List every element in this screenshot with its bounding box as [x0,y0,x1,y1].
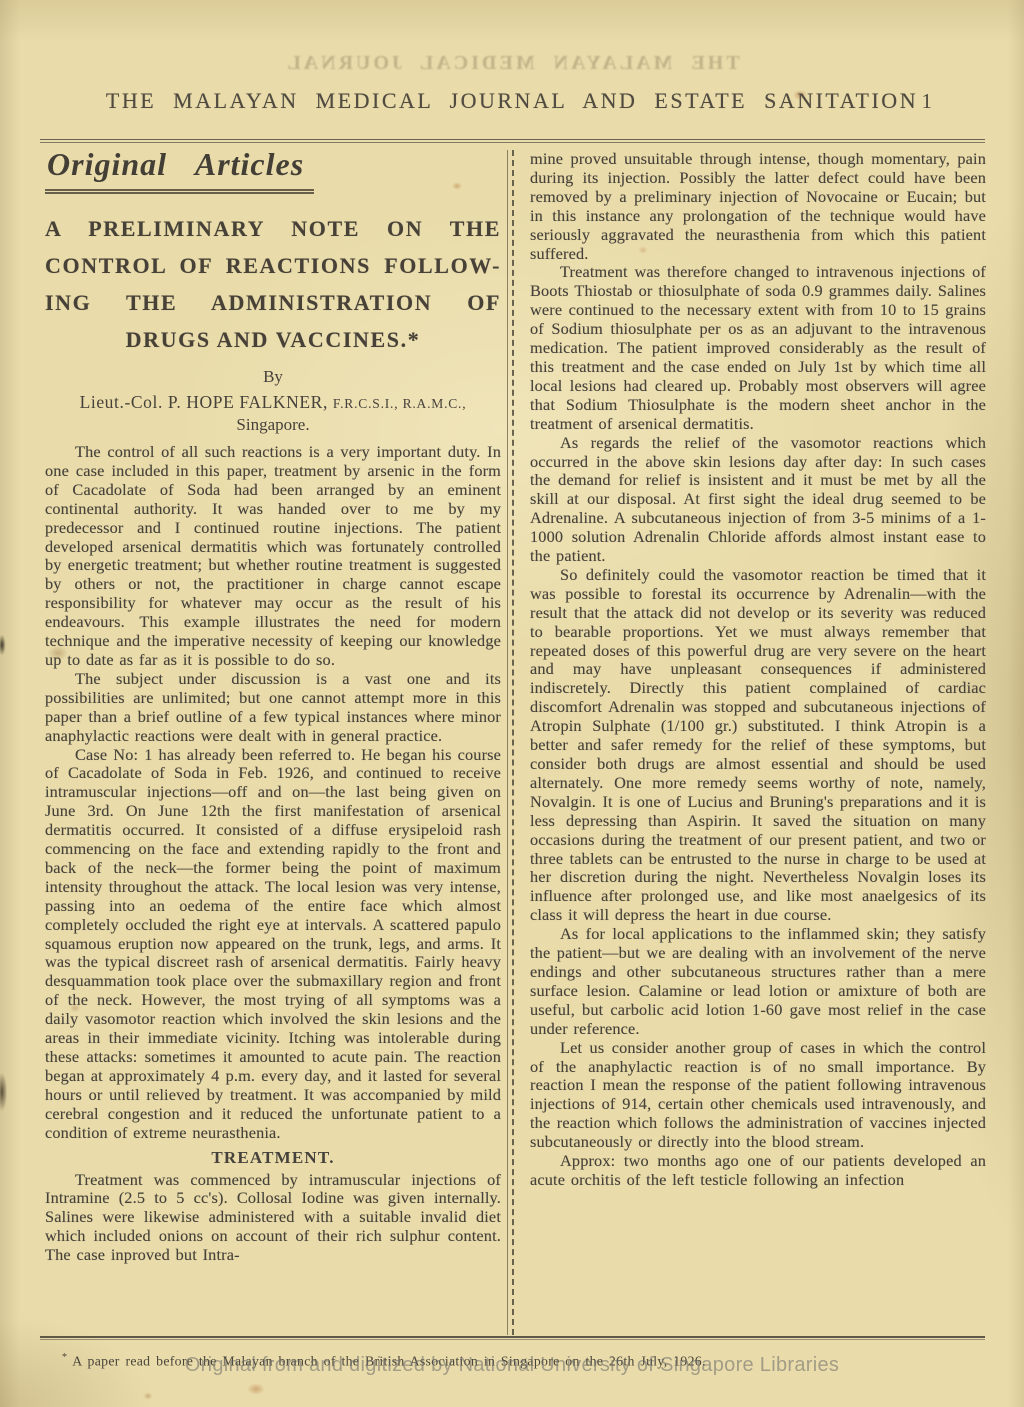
column-divider-rule [507,150,514,1335]
article-title-line: ING THE ADMINISTRATION OF [45,284,501,321]
paragraph: The subject under discussion is a vast o… [45,670,501,746]
article-title-line: CONTROL OF REACTIONS FOLLOW- [45,247,501,284]
author-name: Lieut.-Col. P. HOPE FALKNER, [80,392,333,412]
article-title-line: DRUGS AND VACCINES.* [45,321,501,358]
paragraph: Let us consider another group of cases i… [530,1039,986,1152]
watermark-text: Original from and digitized by National … [0,1354,1024,1377]
byline-label: By [45,367,501,387]
author-line: Lieut.-Col. P. HOPE FALKNER, F.R.C.S.I.,… [45,392,501,413]
section-heading: Original Articles [45,146,314,194]
footnote-rule [40,1336,985,1340]
article-title-line: A PRELIMINARY NOTE ON THE [45,210,501,247]
author-credentials: F.R.C.S.I., R.A.M.C., [333,396,467,411]
paragraph: The control of all such reactions is a v… [45,443,501,670]
bleedthrough-text: THE MALAYAN MEDICAL JOURNAL [0,52,1024,75]
treatment-paragraph: Treatment was commenced by intramuscular… [45,1171,501,1266]
paragraph: As regards the relief of the vasomotor r… [530,434,986,566]
paragraph: mine proved unsuitable through intense, … [530,150,986,263]
author-place: Singapore. [45,415,501,435]
right-column: mine proved unsuitable through intense, … [530,150,986,1190]
paragraph: Case No: 1 has already been referred to.… [45,746,501,1143]
left-column: Original Articles A PRELIMINARY NOTE ON … [45,146,501,1265]
paragraph: Treatment was therefore changed to intra… [530,263,986,433]
treatment-heading: TREATMENT. [45,1148,501,1168]
running-title: THE MALAYAN MEDICAL JOURNAL AND ESTATE S… [0,88,1024,114]
paragraph: So definitely could the vasomotor reacti… [530,566,986,925]
journal-page: THE MALAYAN MEDICAL JOURNAL THE MALAYAN … [0,0,1024,1407]
page-number: 1 [922,89,933,114]
article-title: A PRELIMINARY NOTE ON THE CONTROL OF REA… [45,210,501,358]
header-rule [40,139,985,143]
paragraph: As for local applications to the inflamm… [530,925,986,1038]
paragraph: Approx: two months ago one of our patien… [530,1152,986,1190]
